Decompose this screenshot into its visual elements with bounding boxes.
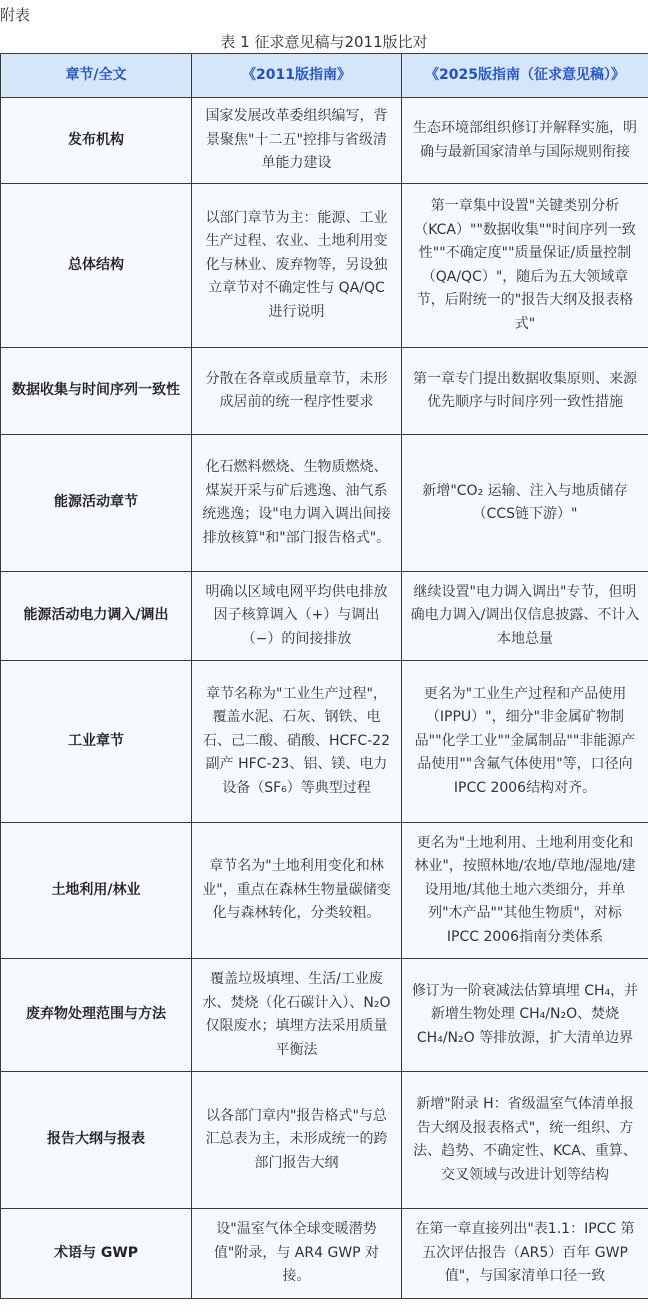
row-2025-cell: 修订为一阶衰减法估算填埋 CH₄，并新增生物处理 CH₄/N₂O、焚烧 CH₄/…	[402, 959, 648, 1072]
row-2025-cell: 在第一章直接列出"表1.1：IPCC 第五次评估报告（AR5）百年 GWP 值"…	[402, 1209, 648, 1299]
row-topic-cell: 土地利用/林业	[1, 823, 192, 959]
comparison-table: 章节/全文 《2011版指南》 《2025版指南（征求意见稿）》 发布机构国家发…	[0, 53, 648, 1299]
appendix-label: 附表	[0, 4, 30, 25]
row-topic-cell: 术语与 GWP	[1, 1209, 192, 1299]
row-topic-cell: 报告大纲与报表	[1, 1072, 192, 1209]
row-2025-cell: 第一章集中设置"关键类别分析（KCA）""数据收集""时间序列一致性""不确定度…	[402, 184, 648, 348]
row-2011-cell: 设"温室气体全球变暖潜势值"附录，与 AR4 GWP 对接。	[192, 1209, 402, 1299]
table-row: 废弃物处理范围与方法覆盖垃圾填埋、生活/工业废水、焚烧（化石碳计入）、N₂O 仅…	[1, 959, 648, 1072]
row-topic-cell: 工业章节	[1, 661, 192, 823]
table-row: 能源活动章节化石燃料燃烧、生物质燃烧、煤炭开采与矿后逃逸、油气系统逃逸；设"电力…	[1, 435, 648, 572]
table-caption: 表 1 征求意见稿与2011版比对	[0, 31, 648, 52]
row-2011-cell: 以部门章节为主：能源、工业生产过程、农业、土地利用变化与林业、废弃物等，另设独立…	[192, 184, 402, 348]
row-topic-cell: 总体结构	[1, 184, 192, 348]
row-2025-cell: 更名为"土地利用、土地利用变化和林业"，按照林地/农地/草地/湿地/建设用地/其…	[402, 823, 648, 959]
row-2011-cell: 章节名为"土地利用变化和林业"，重点在森林生物量碳储变化与森林转化，分类较粗。	[192, 823, 402, 959]
row-2011-cell: 明确以区域电网平均供电排放因子核算调入（+）与调出（−）的间接排放	[192, 572, 402, 661]
row-2011-cell: 国家发展改革委组织编写，背景聚焦"十二五"控排与省级清单能力建设	[192, 98, 402, 184]
row-2011-cell: 化石燃料燃烧、生物质燃烧、煤炭开采与矿后逃逸、油气系统逃逸；设"电力调入调出间接…	[192, 435, 402, 572]
table-row: 数据收集与时间序列一致性分散在各章或质量章节，未形成居前的统一程序性要求第一章专…	[1, 348, 648, 435]
header-2011-guide: 《2011版指南》	[192, 54, 402, 98]
row-2011-cell: 分散在各章或质量章节，未形成居前的统一程序性要求	[192, 348, 402, 435]
row-2011-cell: 覆盖垃圾填埋、生活/工业废水、焚烧（化石碳计入）、N₂O 仅限废水；填埋方法采用…	[192, 959, 402, 1072]
table-row: 总体结构以部门章节为主：能源、工业生产过程、农业、土地利用变化与林业、废弃物等，…	[1, 184, 648, 348]
table-row: 土地利用/林业章节名为"土地利用变化和林业"，重点在森林生物量碳储变化与森林转化…	[1, 823, 648, 959]
table-row: 能源活动电力调入/调出明确以区域电网平均供电排放因子核算调入（+）与调出（−）的…	[1, 572, 648, 661]
row-2011-cell: 以各部门章内"报告格式"与总汇总表为主，未形成统一的跨部门报告大纲	[192, 1072, 402, 1209]
row-2025-cell: 新增"CO₂ 运输、注入与地质储存（CCS链下游）"	[402, 435, 648, 572]
row-topic-cell: 能源活动电力调入/调出	[1, 572, 192, 661]
row-2025-cell: 第一章专门提出数据收集原则、来源优先顺序与时间序列一致性措施	[402, 348, 648, 435]
row-topic-cell: 能源活动章节	[1, 435, 192, 572]
row-2025-cell: 继续设置"电力调入调出"专节，但明确电力调入/调出仅信息披露、不计入本地总量	[402, 572, 648, 661]
table-row: 报告大纲与报表以各部门章内"报告格式"与总汇总表为主，未形成统一的跨部门报告大纲…	[1, 1072, 648, 1209]
row-topic-cell: 废弃物处理范围与方法	[1, 959, 192, 1072]
row-2025-cell: 更名为"工业生产过程和产品使用（IPPU）"，细分"非金属矿物制品""化学工业"…	[402, 661, 648, 823]
header-2025-guide: 《2025版指南（征求意见稿）》	[402, 54, 648, 98]
row-2011-cell: 章节名称为"工业生产过程"，覆盖水泥、石灰、钢铁、电石、己二酸、硝酸、HCFC-…	[192, 661, 402, 823]
table-row: 工业章节章节名称为"工业生产过程"，覆盖水泥、石灰、钢铁、电石、己二酸、硝酸、H…	[1, 661, 648, 823]
row-2025-cell: 新增"附录 H：省级温室气体清单报告大纲及报表格式"，统一组织、方法、趋势、不确…	[402, 1072, 648, 1209]
table-row: 术语与 GWP设"温室气体全球变暖潜势值"附录，与 AR4 GWP 对接。在第一…	[1, 1209, 648, 1299]
row-topic-cell: 数据收集与时间序列一致性	[1, 348, 192, 435]
table-header-row: 章节/全文 《2011版指南》 《2025版指南（征求意见稿）》	[1, 54, 648, 98]
row-2025-cell: 生态环境部组织修订并解释实施，明确与最新国家清单与国际规则衔接	[402, 98, 648, 184]
header-section: 章节/全文	[1, 54, 192, 98]
table-row: 发布机构国家发展改革委组织编写，背景聚焦"十二五"控排与省级清单能力建设生态环境…	[1, 98, 648, 184]
row-topic-cell: 发布机构	[1, 98, 192, 184]
